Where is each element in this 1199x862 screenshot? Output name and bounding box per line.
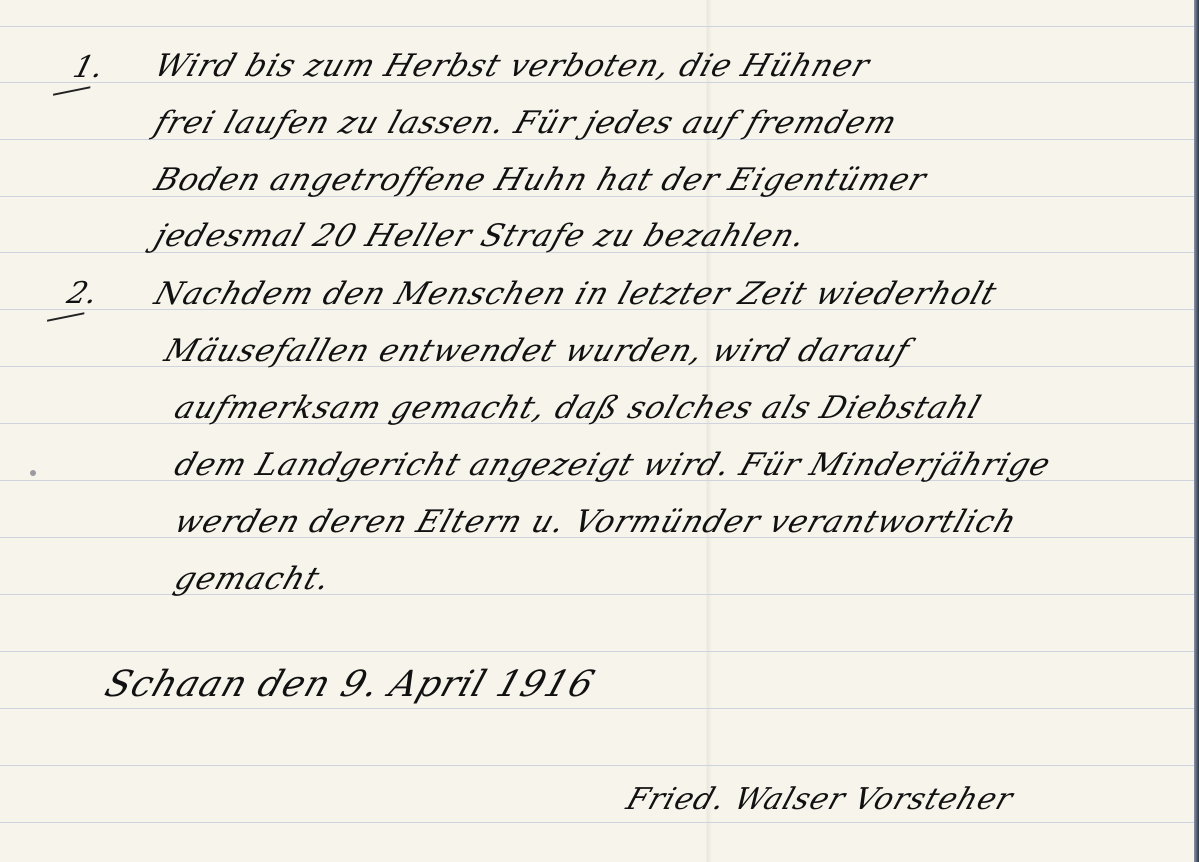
ruled-line xyxy=(0,708,1194,709)
item-2-line-5: werden deren Eltern u. Vormünder verantw… xyxy=(170,504,1022,540)
ruled-paper-sheet: 1. Wird bis zum Herbst verboten, die Hüh… xyxy=(0,0,1194,862)
item-2-line-4: dem Landgericht angezeigt wird. Für Mind… xyxy=(170,447,1056,483)
number-underline xyxy=(47,312,84,321)
number-underline xyxy=(53,86,90,95)
scan-edge-border xyxy=(1194,0,1199,862)
place-date: Schaan den 9. April 1916 xyxy=(100,664,600,705)
ruled-line xyxy=(0,822,1194,823)
item-2-line-3: aufmerksam gemacht, daß solches als Dieb… xyxy=(170,390,986,426)
item-2-line-6: gemacht. xyxy=(170,561,335,597)
item-number-2: 2. xyxy=(63,276,101,311)
item-1-line-4: jedesmal 20 Heller Strafe zu bezahlen. xyxy=(150,218,811,254)
item-2-line-2: Mäusefallen entwendet wurden, wird darau… xyxy=(160,333,914,369)
item-1-line-2: frei laufen zu lassen. Für jedes auf fre… xyxy=(150,105,902,141)
item-1-line-3: Boden angetroffene Huhn hat der Eigentüm… xyxy=(150,162,931,198)
item-2-line-1: Nachdem den Menschen in letzter Zeit wie… xyxy=(150,276,1002,312)
ruled-line xyxy=(0,26,1194,27)
ink-speck xyxy=(30,470,36,476)
ruled-line xyxy=(0,651,1194,652)
item-1-line-1: Wird bis zum Herbst verboten, die Hühner xyxy=(150,48,874,84)
signature: Fried. Walser Vorsteher xyxy=(622,782,1018,817)
item-number-1: 1. xyxy=(69,50,107,85)
ruled-line xyxy=(0,765,1194,766)
